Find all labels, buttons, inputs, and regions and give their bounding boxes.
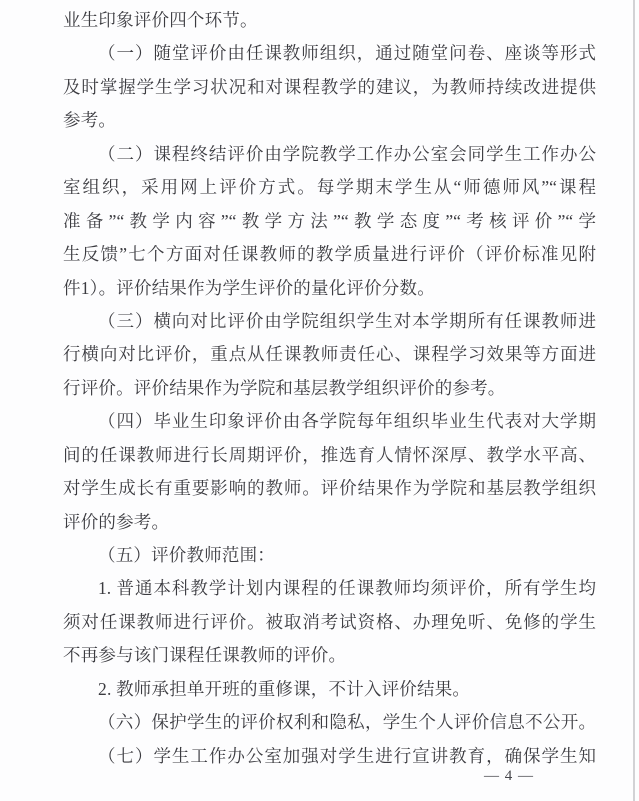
text-line: 参考。 (63, 104, 596, 137)
text-line: （一）随堂评价由任课教师组织，通过随堂问卷、座谈等形式 (63, 37, 596, 70)
text-line: 不再参与该门课程任课教师的评价。 (63, 639, 596, 672)
text-line: 对学生成长有重要影响的教师。评价结果作为学院和基层教学组织 (63, 472, 596, 505)
text-line: （六）保护学生的评价权利和隐私，学生个人评价信息不公开。 (63, 706, 596, 739)
document-page: 业生印象评价四个环节。（一）随堂评价由任课教师组织，通过随堂问卷、座谈等形式及时… (0, 0, 639, 801)
text-line: （四）毕业生印象评价由各学院每年组织毕业生代表对大学期 (63, 405, 596, 438)
text-line: 件1）。评价结果作为学生评价的量化评价分数。 (63, 272, 596, 305)
text-line: 及时掌握学生学习状况和对课程教学的建议，为教师持续改进提供 (63, 71, 596, 104)
text-line: 评价的参考。 (63, 506, 596, 539)
text-line: 行横向对比评价，重点从任课教师责任心、课程学习效果等方面进 (63, 338, 596, 371)
text-line: 1. 普通本科教学计划内课程的任课教师均须评价，所有学生均 (63, 572, 596, 605)
text-line: 业生印象评价四个环节。 (63, 4, 596, 37)
document-text: 业生印象评价四个环节。（一）随堂评价由任课教师组织，通过随堂问卷、座谈等形式及时… (63, 4, 596, 773)
page-number: — 4 — (484, 768, 534, 785)
text-line: （三）横向对比评价由学院组织学生对本学期所有任课教师进 (63, 305, 596, 338)
text-line: 准备”“教学内容”“教学方法”“教学态度”“考核评价”“学 (63, 205, 596, 238)
text-line: 室组织，采用网上评价方式。每学期末学生从“师德师风”“课程 (63, 171, 596, 204)
text-line: （二）课程终结评价由学院教学工作办公室会同学生工作办公 (63, 138, 596, 171)
text-line: 2. 教师承担单开班的重修课，不计入评价结果。 (63, 673, 596, 706)
page-edge-line (633, 0, 635, 801)
text-line: 生反馈”七个方面对任课教师的教学质量进行评价（评价标准见附 (63, 238, 596, 271)
text-line: 须对任课教师进行评价。被取消考试资格、办理免听、免修的学生 (63, 606, 596, 639)
text-line: 间的任课教师进行长周期评价，推选育人情怀深厚、教学水平高、 (63, 439, 596, 472)
text-line: 行评价。评价结果作为学院和基层教学组织评价的参考。 (63, 372, 596, 405)
text-line: （五）评价教师范围： (63, 539, 596, 572)
